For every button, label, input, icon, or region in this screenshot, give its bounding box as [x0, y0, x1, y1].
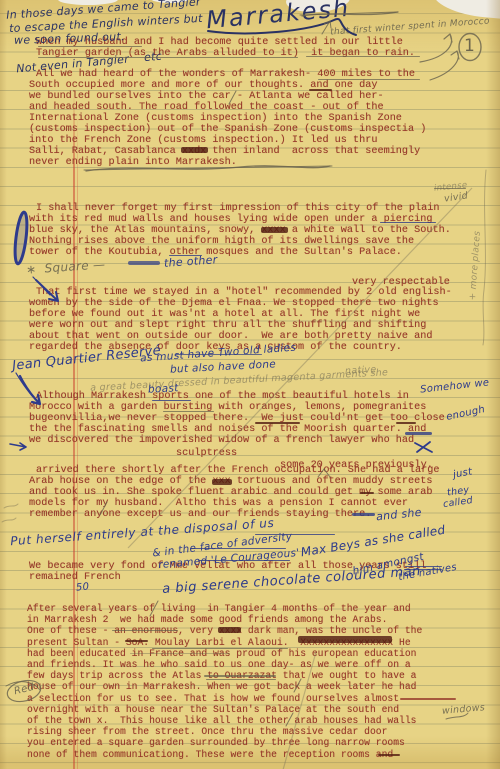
typed-paragraph-5: Although Marrakesh sports one of the mos…: [29, 391, 445, 446]
typed-paragraph-3: I shall never forget my first impression…: [29, 203, 451, 258]
underline-moulay-larbi: [152, 648, 288, 649]
typed-line: none of them communicationg. These were …: [27, 749, 422, 760]
typed-line: about that went on outside our door. We …: [29, 331, 452, 342]
typed-line: never ending plain into Marrakesh.: [29, 157, 426, 168]
overtype-xxx-tortuous: [212, 479, 232, 485]
typed-line: house of our own in Marrakesh. When we g…: [27, 681, 422, 692]
strike-and: [309, 89, 332, 91]
typed-dash-almost: [400, 698, 456, 700]
handwritten-fifty: 50: [76, 581, 90, 593]
typed-line: we bundled ourselves into the car - Atla…: [29, 91, 426, 102]
typed-insert-some-20-years: some 20 years previously.: [280, 460, 433, 471]
typed-paragraph-2: All we had heard of the wonders of Marra…: [29, 69, 426, 168]
typed-line: with its red mud walls and houses lying …: [29, 214, 451, 225]
typed-line: before we found out it was'nt a hotel at…: [29, 309, 452, 320]
typed-insert-very-respectable: very respectable: [352, 277, 450, 288]
typed-line: bugeonvillia,we never stopped there. We …: [29, 413, 445, 424]
typed-paragraph-4: That first time we stayed in a "hotel" r…: [29, 287, 452, 353]
page-number: 1: [464, 36, 475, 56]
typed-line: After several years of living in Tangier…: [27, 603, 422, 614]
typed-line: into the French Zone (customs inspection…: [29, 135, 426, 146]
typed-line: I shall never forget my first impression…: [29, 203, 451, 214]
typed-line: overnight with a house near the Sultan's…: [27, 704, 422, 715]
strike-in-france: [130, 653, 230, 654]
handwritten-boast: boast: [148, 382, 179, 396]
typed-line: and friends. It was he who said to us on…: [27, 659, 422, 670]
strike-my: [360, 492, 374, 494]
typed-line: Arab house on the edge of the xxx tortuo…: [29, 476, 440, 487]
page-edge-shadow-left: [0, 0, 7, 769]
typed-line: of the town x. This house like all the o…: [27, 715, 422, 726]
typed-line: we discovered the impoverished widow of …: [29, 435, 445, 446]
strike-we-just: [255, 422, 300, 424]
typed-line: women by the side of the Djema el Fnaa. …: [29, 298, 452, 309]
typed-line: South occupied more and more of our thou…: [29, 80, 426, 91]
pencil-note-native: native: [345, 364, 377, 377]
strike-and-final: [378, 754, 400, 756]
typed-line: a selection for us to see. That is how w…: [27, 693, 422, 704]
typed-line: you entered a square garden surrounded b…: [27, 737, 422, 748]
strike-intense: [434, 188, 466, 189]
typed-line: were worn out and slept right thru all t…: [29, 320, 452, 331]
typed-line: in Marrakesh 2 we had made some good fri…: [27, 614, 422, 625]
typed-line: Salli, Rabat, Casablanca xxdx then inlan…: [29, 146, 426, 157]
typed-insert-sculptress: sculptress: [176, 448, 237, 459]
overtype-x-block: [298, 636, 392, 643]
typed-line: That first time we stayed in a "hotel" r…: [29, 287, 452, 298]
strike-to-ouarzazat: [204, 675, 276, 677]
typed-line: tower of the Koutubia, other mosques and…: [29, 247, 451, 258]
scribble-before-the-other: [128, 261, 160, 265]
typed-line: and took us in. She spoke fluent arabic …: [29, 487, 440, 498]
typed-line: International Zone (customs inspection) …: [29, 113, 426, 124]
typed-line: blue sky, the Atlas mountains, snowy, xx…: [29, 225, 451, 236]
strike-soa: [125, 640, 148, 642]
overtype-xxxx-snowy: [261, 227, 288, 233]
overtype-xxdx: [181, 147, 208, 153]
strike-le-courageous: [198, 560, 290, 561]
manuscript-page: When my husband and I had become quite s…: [0, 0, 500, 769]
strike-and-quarter: [405, 432, 432, 435]
typed-line: the the fascinating smells and noises of…: [29, 424, 445, 435]
strike-two-old-ladies-part: [175, 354, 262, 355]
strike-and-before-she: [352, 513, 375, 516]
typed-line: rising sheer from the street. Once thru …: [27, 726, 422, 737]
typed-line: models for my husband. Altho this was a …: [29, 498, 440, 509]
underline-to-ouarzazat: [206, 679, 276, 680]
overtype-xxxx-very: [218, 627, 241, 633]
typed-line: Nothing rises above the uniform higth of…: [29, 236, 451, 247]
strike-too: [396, 422, 416, 424]
typed-line: (customs inspection) out of the Spanish …: [29, 124, 426, 135]
typed-line: and headed south. The road followed the …: [29, 102, 426, 113]
strike-adversity-part: [190, 548, 286, 549]
typed-line: Morocco with a garden bursting with oran…: [29, 402, 445, 413]
